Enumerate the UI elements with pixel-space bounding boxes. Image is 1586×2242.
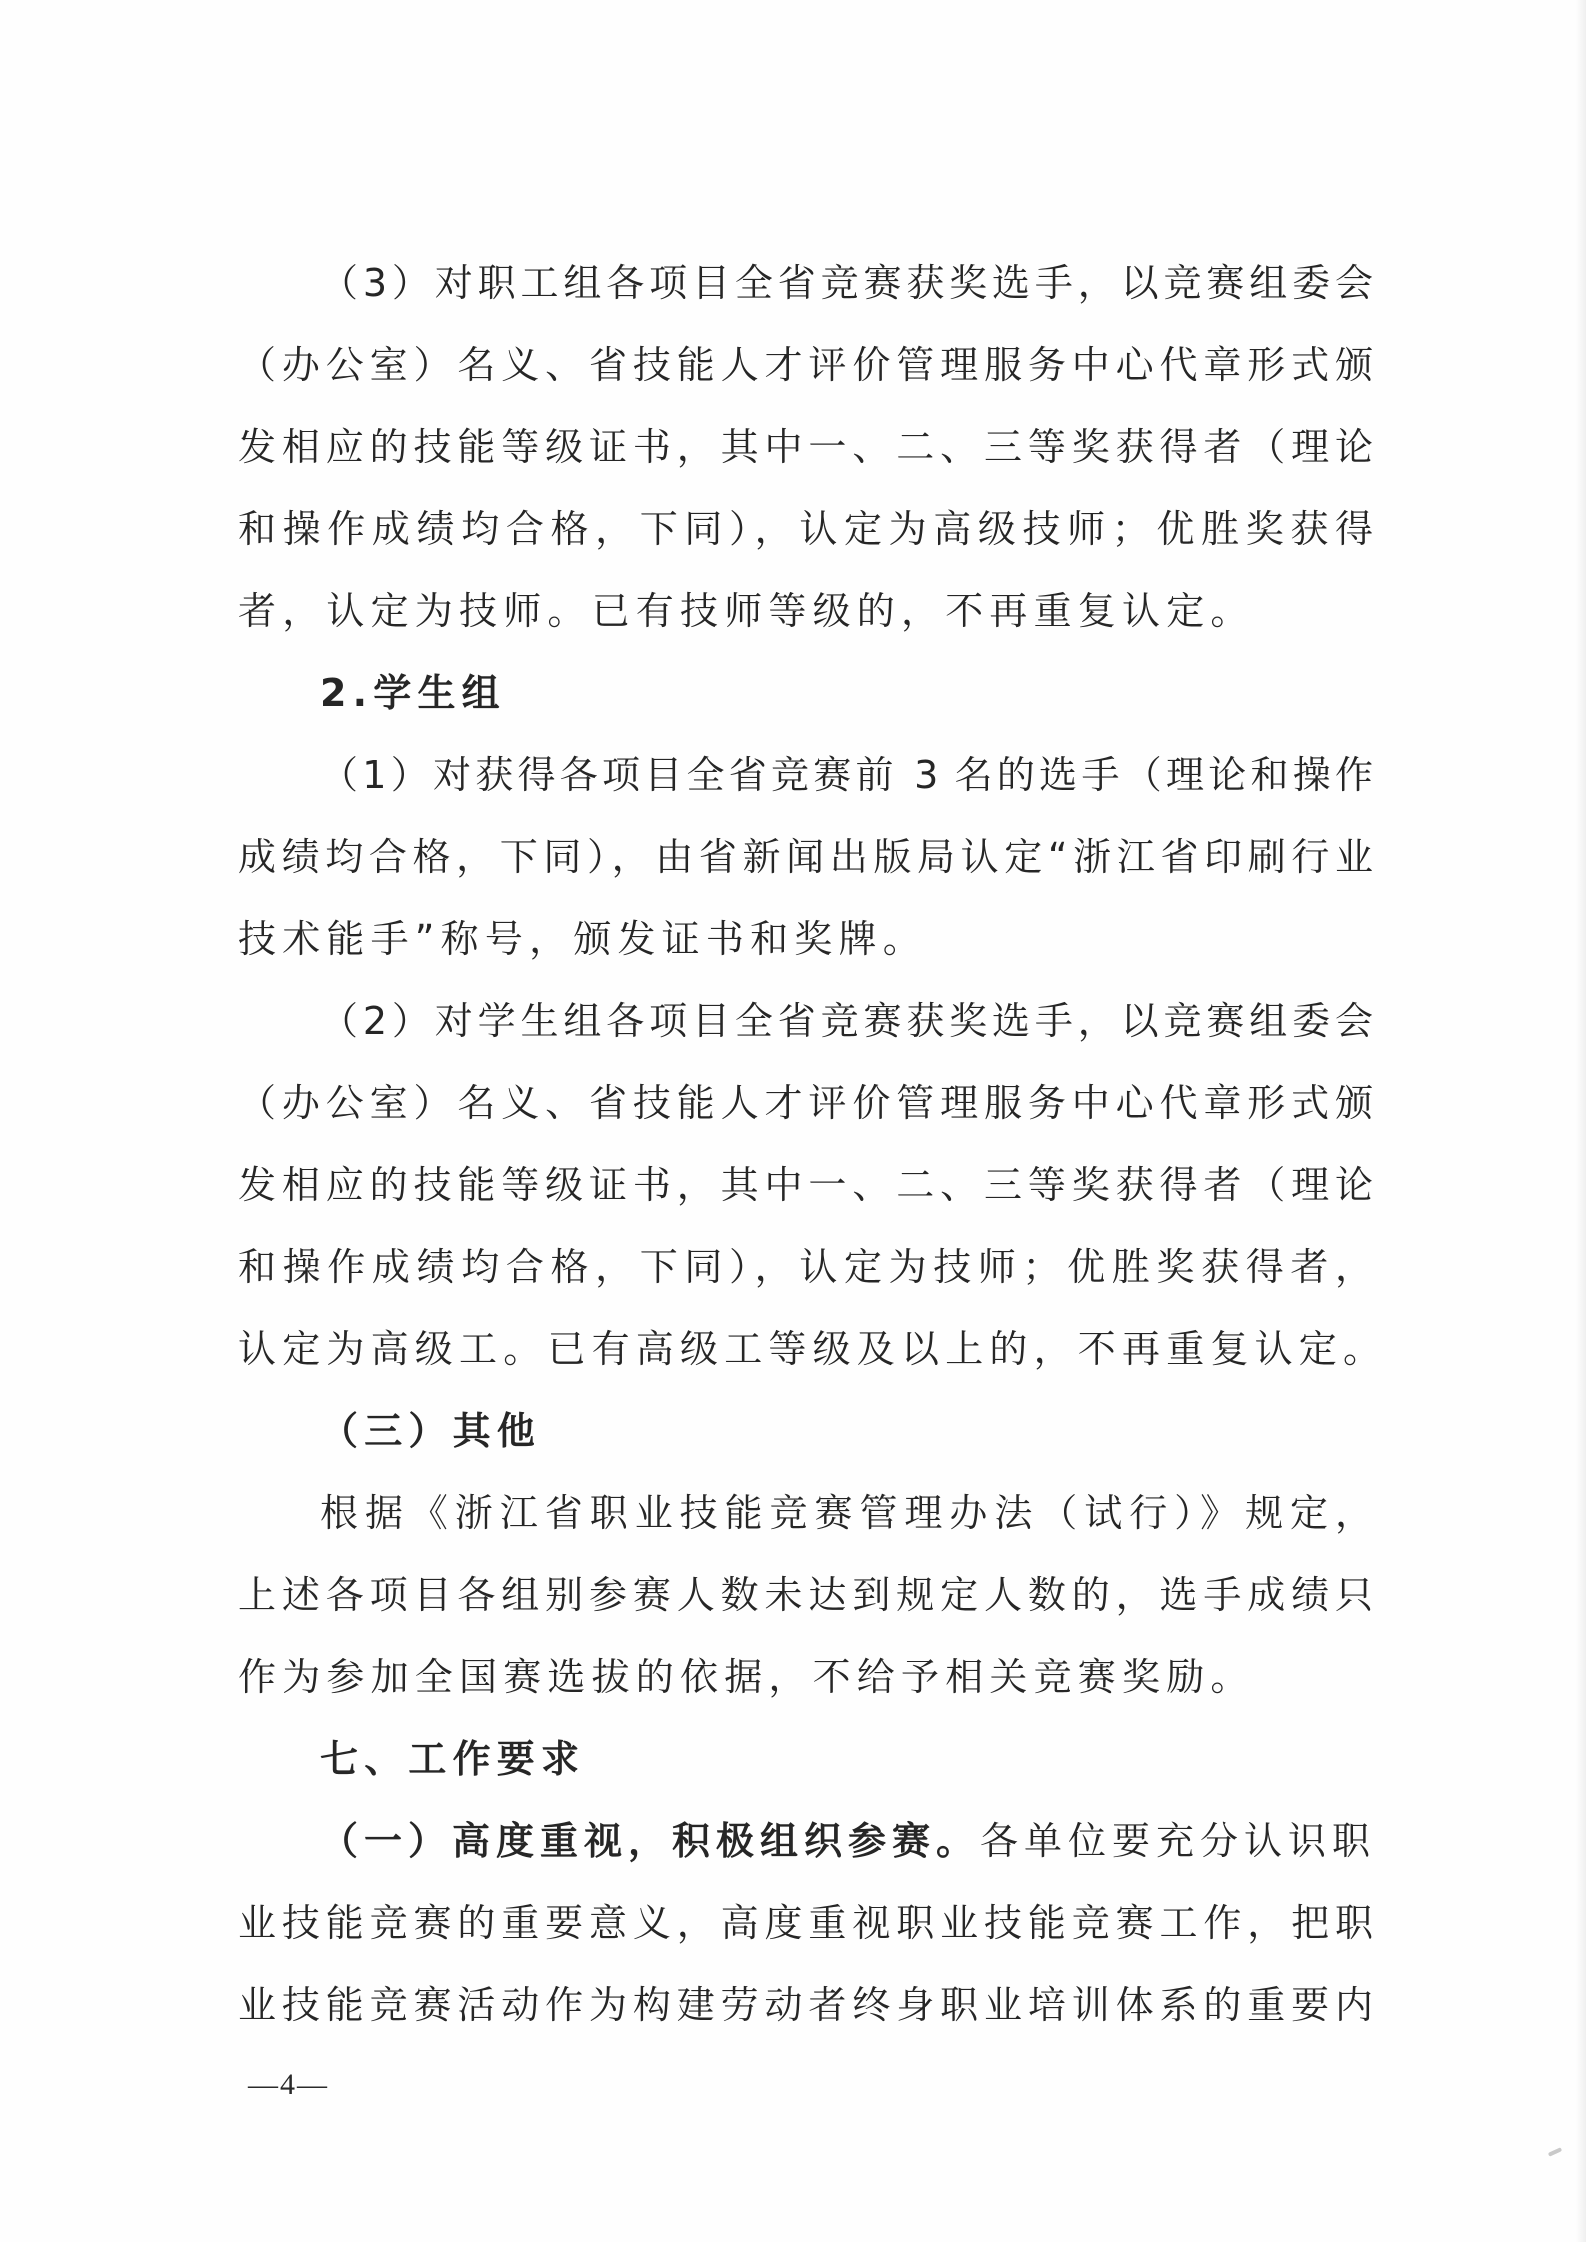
paragraph-requirement-1-line-1: （一）高度重视，积极组织参赛。 各单位要充分认识职 xyxy=(320,1816,1373,1866)
paragraph-student-1-line-2: 成绩均合格，下同），由省新闻出版局认定“浙江省印刷行业 xyxy=(238,832,1373,882)
paragraph-others-line-1: 根据《浙江省职业技能竞赛管理办法（试行）》规定， xyxy=(320,1488,1373,1538)
paragraph-others-line-3: 作为参加全国赛选拔的依据，不给予相关竞赛奖励。 xyxy=(238,1652,1255,1702)
paragraph-student-1-line-1: （1）对获得各项目全省竞赛前 3 名的选手（理论和操作 xyxy=(320,750,1373,800)
scan-speck xyxy=(1548,2147,1562,2157)
heading-others: （三）其他 xyxy=(320,1406,541,1456)
requirement-1-lead: （一）高度重视，积极组织参赛。 xyxy=(320,1816,980,1866)
paragraph-student-2-line-1: （2）对学生组各项目全省竞赛获奖选手，以竞赛组委会 xyxy=(320,996,1373,1046)
paragraph-student-1-line-3: 技术能手”称号，颁发证书和奖牌。 xyxy=(238,914,927,964)
paragraph-requirement-1-line-3: 业技能竞赛活动作为构建劳动者终身职业培训体系的重要内 xyxy=(238,1980,1373,2030)
heading-student-group: 2.学生组 xyxy=(320,668,506,718)
paragraph-worker-3-line-4: 和操作成绩均合格，下同），认定为高级技师；优胜奖获得 xyxy=(238,504,1373,554)
paragraph-worker-3-line-5: 者，认定为技师。已有技师等级的，不再重复认定。 xyxy=(238,586,1255,636)
paragraph-worker-3-line-1: （3）对职工组各项目全省竞赛获奖选手，以竞赛组委会 xyxy=(320,258,1373,308)
page-number: —4— xyxy=(248,2068,329,2102)
paragraph-others-line-2: 上述各项目各组别参赛人数未达到规定人数的，选手成绩只 xyxy=(238,1570,1373,1620)
heading-section-7: 七、工作要求 xyxy=(320,1734,585,1784)
paragraph-requirement-1-line-2: 业技能竞赛的重要意义，高度重视职业技能竞赛工作，把职 xyxy=(238,1898,1373,1948)
paragraph-worker-3-line-3: 发相应的技能等级证书，其中一、二、三等奖获得者（理论 xyxy=(238,422,1373,472)
paragraph-student-2-line-2: （办公室）名义、省技能人才评价管理服务中心代章形式颁 xyxy=(238,1078,1373,1128)
requirement-1-line-1-rest: 各单位要充分认识职 xyxy=(980,1816,1376,1866)
paragraph-worker-3-line-2: （办公室）名义、省技能人才评价管理服务中心代章形式颁 xyxy=(238,340,1373,390)
scan-edge-shadow xyxy=(1576,0,1586,2242)
paragraph-student-2-line-4: 和操作成绩均合格，下同），认定为技师；优胜奖获得者， xyxy=(238,1242,1373,1292)
document-page: （3）对职工组各项目全省竞赛获奖选手，以竞赛组委会 （办公室）名义、省技能人才评… xyxy=(0,0,1586,2242)
paragraph-student-2-line-3: 发相应的技能等级证书，其中一、二、三等奖获得者（理论 xyxy=(238,1160,1373,1210)
paragraph-student-2-line-5: 认定为高级工。已有高级工等级及以上的，不再重复认定。 xyxy=(238,1324,1387,1374)
